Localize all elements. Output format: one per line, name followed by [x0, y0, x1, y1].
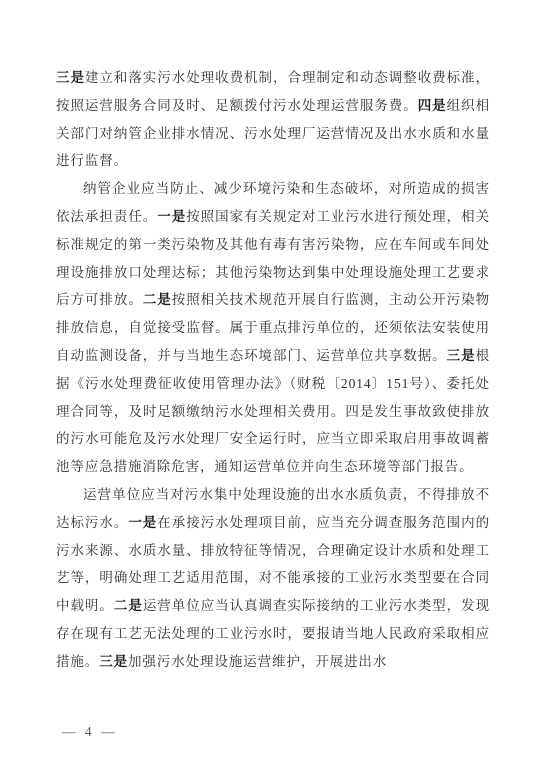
paragraph-enterprise-duties: 纳管企业应当防止、减少环境污染和生态破坏，对所造成的损害依法承担责任。一是按照国…	[56, 175, 490, 481]
text-run: 三是	[447, 348, 476, 363]
text-run: 加强污水处理设施运营维护，开展进出水	[128, 654, 387, 669]
paragraph-operator-duties: 运营单位应当对污水集中处理设施的出水水质负责，不得排放不达标污水。一是在承接污水…	[56, 481, 490, 676]
text-run: 根据《污水处理费征收使用管理办法》（财税〔2014〕151号）、委托处理合同等，…	[56, 348, 490, 474]
text-run: 二是	[114, 598, 143, 613]
text-run: 三是	[99, 654, 128, 669]
text-run: 三是	[56, 70, 85, 85]
page-footer: — 4 —	[62, 724, 118, 740]
document-page: 三是建立和落实污水处理收费机制，合理制定和动态调整收费标准，按照运营服务合同及时…	[0, 0, 545, 781]
text-run: 一是	[128, 515, 157, 530]
document-body: 三是建立和落实污水处理收费机制，合理制定和动态调整收费标准，按照运营服务合同及时…	[56, 64, 490, 676]
paragraph-fees-and-supervision: 三是建立和落实污水处理收费机制，合理制定和动态调整收费标准，按照运营服务合同及时…	[56, 64, 490, 175]
text-run: 二是	[143, 292, 172, 307]
text-run: 一是	[157, 209, 186, 224]
text-run: 四是	[418, 98, 447, 113]
page-number: — 4 —	[62, 724, 118, 739]
